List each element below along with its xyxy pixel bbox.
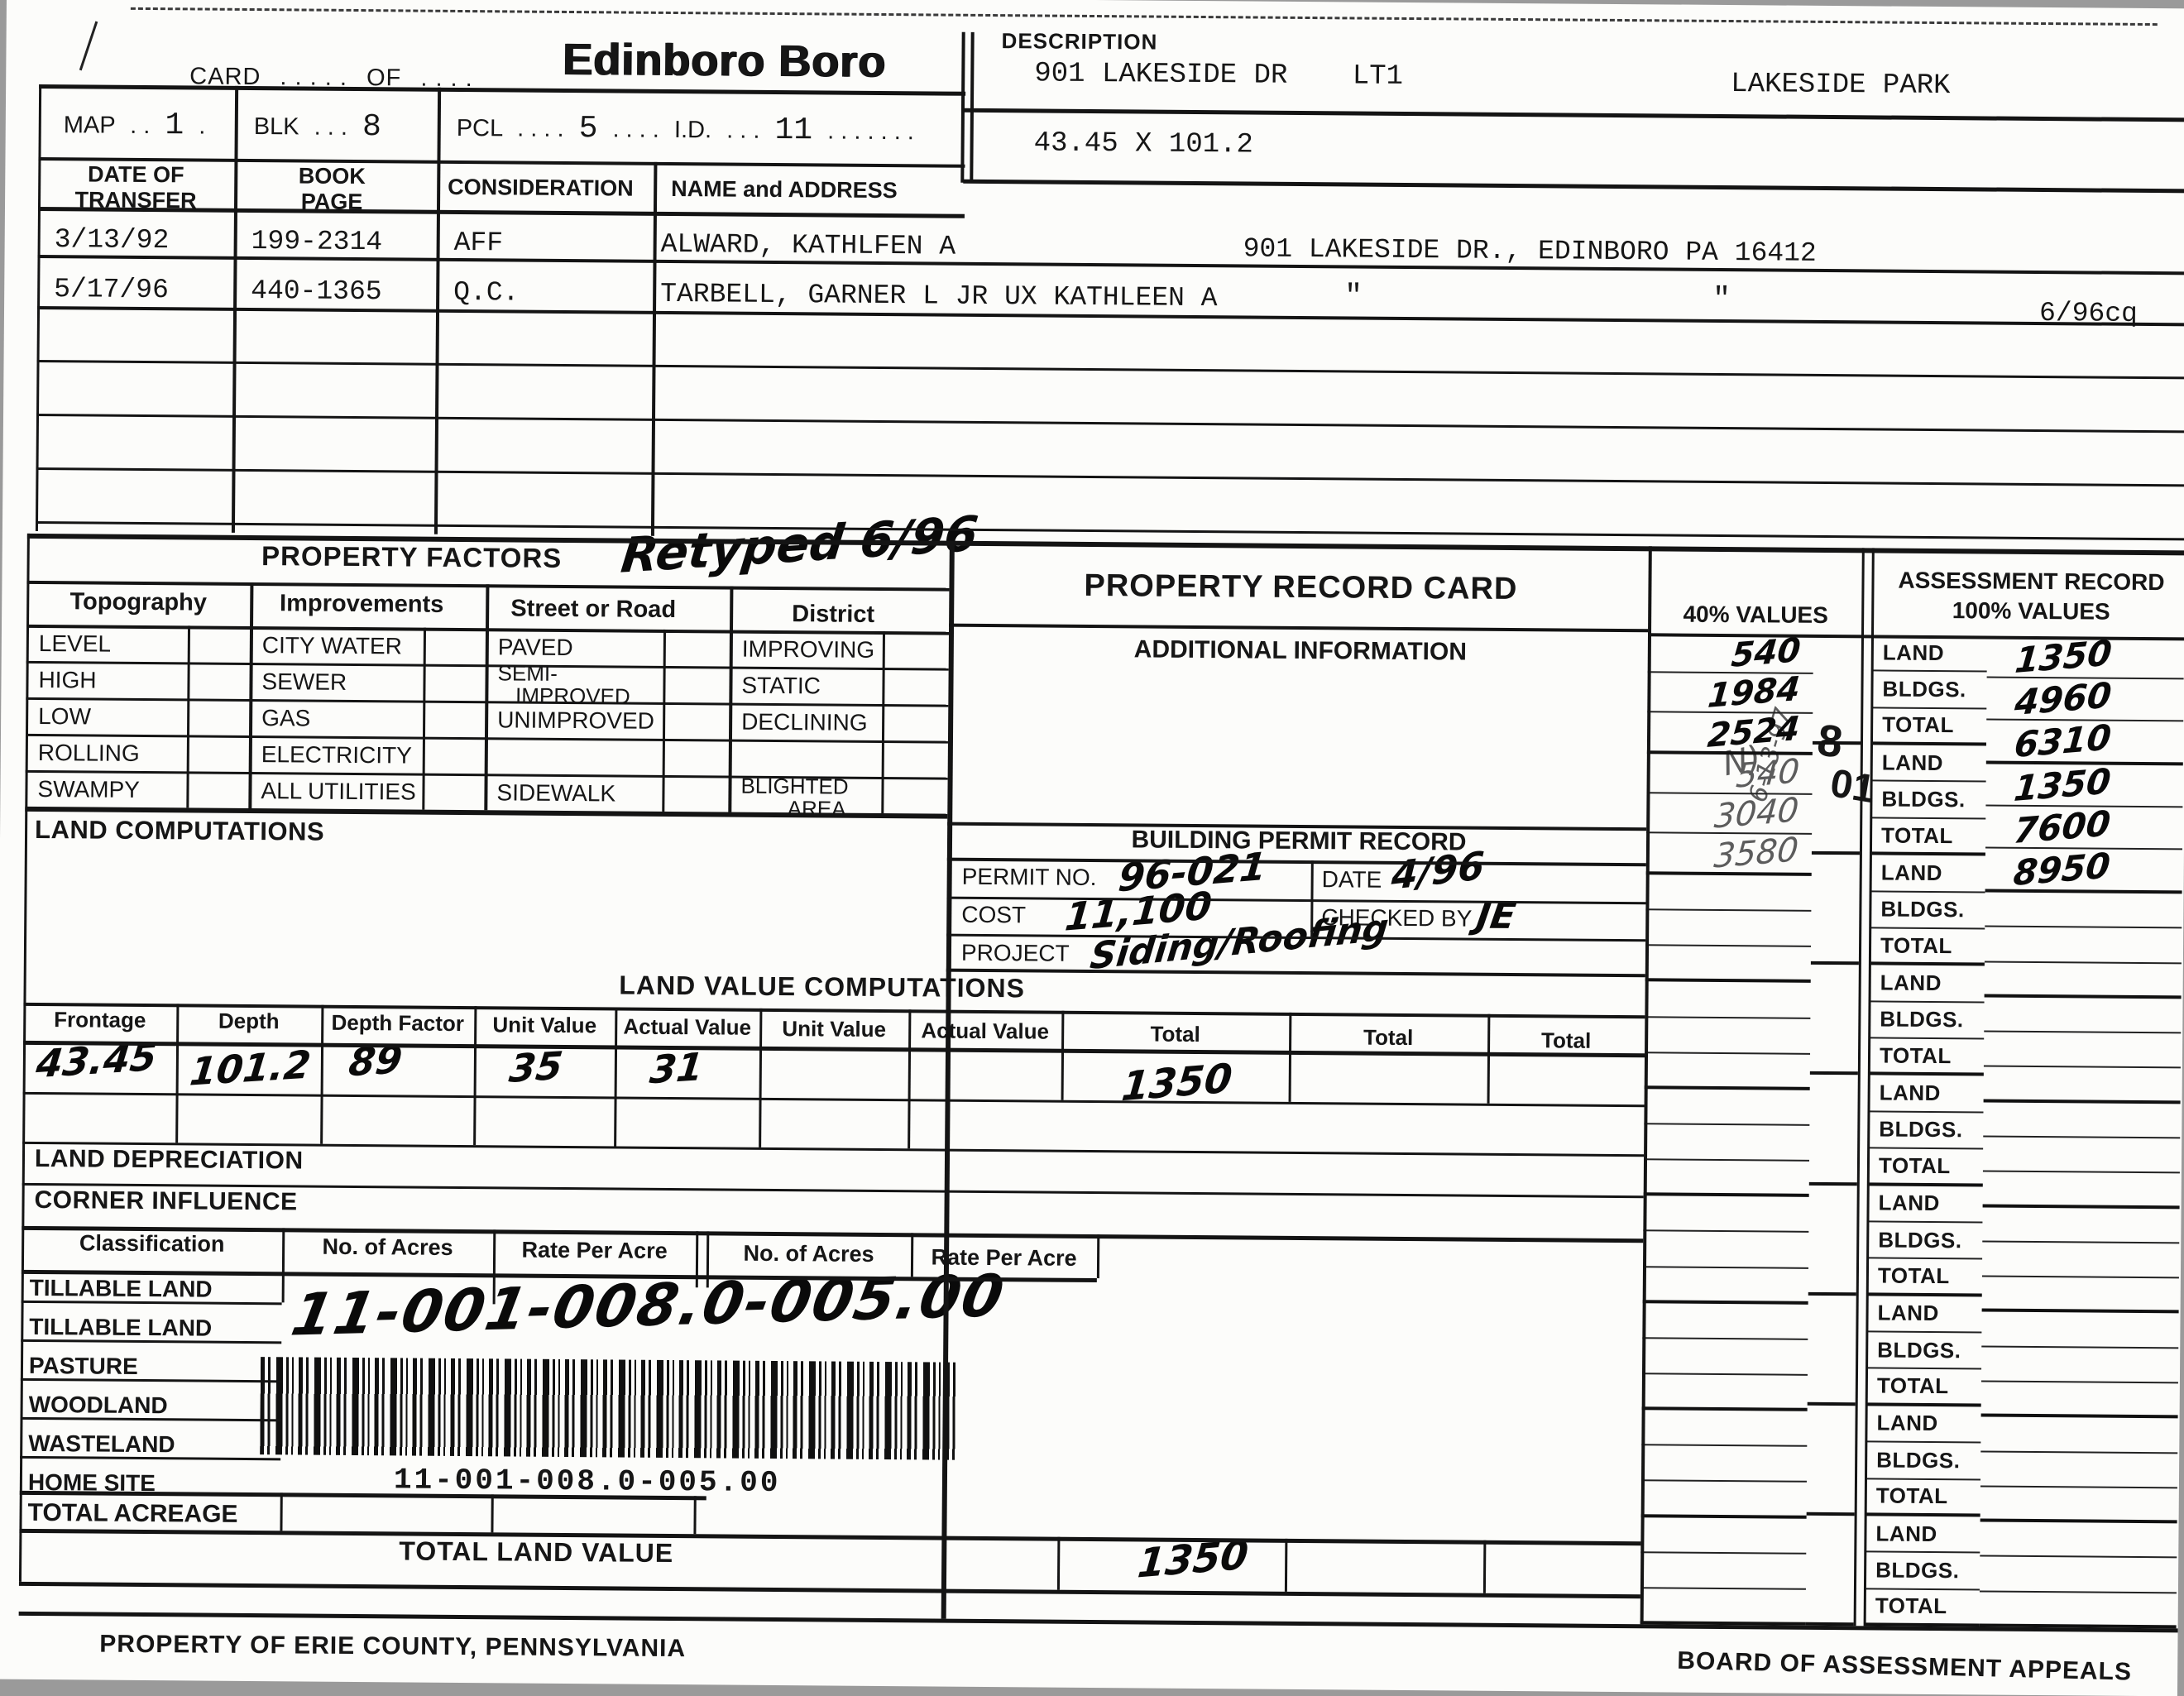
- pen-mark: [79, 22, 98, 71]
- land-depreciation-label: LAND DEPRECIATION: [35, 1145, 304, 1175]
- rule-horizontal: [20, 1456, 280, 1460]
- unit-value-header: Unit Value: [759, 1017, 908, 1042]
- scan-edge-dashes: [131, 7, 2158, 26]
- factor-swampy: SWAMPY: [37, 777, 140, 803]
- rule-vertical: [248, 582, 253, 808]
- factor-city-water: CITY WATER: [262, 633, 402, 659]
- rule-vertical: [19, 534, 30, 1582]
- forty-value-handwriting: 2524: [1706, 710, 1801, 755]
- rule-vertical: [1097, 1234, 1099, 1278]
- rule-horizontal: [37, 360, 2184, 379]
- assessment-row-label: BLDGS.: [1866, 1443, 1980, 1480]
- pcl-id-field: PCL . . . . 5 . . . . I.D. . . . 11 . . …: [457, 111, 914, 149]
- cost-label: COST: [961, 903, 1026, 928]
- description-label: DESCRIPTION: [1002, 29, 1158, 54]
- gap-column-cell: [1809, 1075, 1858, 1186]
- assessment-value-column: 135049606310135076008950: [1980, 635, 2184, 1628]
- rule-vertical: [1289, 1013, 1292, 1102]
- map-value: 1: [165, 108, 184, 143]
- assessment-row-value: [1984, 1032, 2181, 1069]
- total-header: Total: [1061, 1022, 1289, 1047]
- forty-values-cell: [1642, 1303, 1808, 1340]
- rule-horizontal: [23, 1092, 1645, 1107]
- assessment-row-label: BLDGS.: [1868, 1222, 1982, 1259]
- rule-vertical: [175, 1004, 179, 1143]
- assessment-row-label: TOTAL: [1870, 1038, 1984, 1076]
- rule-vertical: [728, 587, 733, 812]
- assessment-row-value: 6310: [1986, 720, 2183, 765]
- rule-vertical: [881, 631, 885, 813]
- rule-horizontal: [19, 1582, 1640, 1598]
- pcl-value: 5: [578, 111, 597, 146]
- rule-horizontal: [963, 180, 2184, 194]
- no-of-acres-header: No. of Acres: [706, 1241, 911, 1267]
- rule-horizontal: [38, 255, 2184, 275]
- forty-values-cell: [1643, 1267, 1808, 1305]
- assessment-row-label: LAND: [1866, 1406, 1980, 1443]
- assessment-value-handwriting: 6310: [2013, 716, 2113, 765]
- gap-column-cell: [1811, 855, 1860, 965]
- assessment-row-value: [1980, 1592, 2177, 1628]
- forty-values-cell: [1640, 1553, 1806, 1590]
- rule-vertical: [1487, 1014, 1491, 1104]
- gap-column-cell: [1808, 1295, 1856, 1406]
- additional-information-label: ADDITIONAL INFORMATION: [953, 635, 1648, 668]
- transfer-grantee-name: TARBELL, GARNER L JR UX KATHLEEN A: [660, 280, 1218, 314]
- lot-dimensions: 43.45 X 101.2: [1033, 128, 1253, 160]
- forty-values-cell: [1642, 1374, 1808, 1411]
- transfer-grantee-name: ALWARD, KATHLFEN A: [661, 230, 956, 262]
- blk-field: BLK . . . 8: [254, 109, 381, 145]
- permit-no-label: PERMIT NO.: [962, 865, 1097, 891]
- assessment-row-value: [1985, 962, 2182, 999]
- forty-values-cell: [1644, 1124, 1809, 1162]
- forty-values-cell: [1643, 1232, 1808, 1269]
- transfer-date: 5/17/96: [54, 275, 169, 305]
- subdivision-name: LAKESIDE PARK: [1731, 69, 1951, 102]
- class-wasteland: WASTELAND: [28, 1431, 175, 1458]
- forty-value-handwriting: 540: [1734, 752, 1801, 796]
- factor-sewer: SEWER: [261, 669, 347, 696]
- gap-column-cell: [1812, 745, 1861, 855]
- id-label: I.D.: [674, 117, 711, 143]
- factor-electricity: ELECTRICITY: [261, 742, 412, 769]
- rule-horizontal: [21, 1339, 281, 1344]
- permit-date-handwriting: 4/96: [1391, 845, 1486, 898]
- assessment-row-label: TOTAL: [1867, 1369, 1981, 1406]
- actual-value-handwriting: 31: [648, 1046, 706, 1091]
- map-label: MAP: [64, 112, 116, 138]
- assessment-row-label: TOTAL: [1865, 1589, 1980, 1627]
- assessment-row-value: [1982, 1242, 2179, 1278]
- assessment-row-value: [1982, 1277, 2179, 1314]
- dot-leader: . .: [130, 113, 150, 139]
- assessment-row-label: BLDGS.: [1871, 782, 1985, 819]
- assessment-row-label: LAND: [1871, 855, 1985, 893]
- rule-vertical: [1285, 1539, 1288, 1592]
- forty-values-cell: 1984: [1647, 673, 1813, 714]
- property-record-card-title: PROPERTY RECORD CARD: [953, 568, 1648, 608]
- transfer-consideration: Q.C.: [453, 278, 520, 309]
- total-acreage-label: TOTAL ACREAGE: [27, 1499, 237, 1528]
- actual-value-header: Actual Value: [615, 1014, 759, 1039]
- forty-values-cell: [1644, 1160, 1809, 1197]
- rule-horizontal: [964, 108, 2184, 122]
- map-field: MAP . . 1 .: [64, 108, 206, 143]
- assessment-row-label: TOTAL: [1868, 1259, 1982, 1296]
- lot-number: LT1: [1353, 60, 1404, 92]
- forty-value-handwriting: 3580: [1712, 831, 1800, 876]
- forty-values-cell: 3040: [1646, 793, 1812, 835]
- assessment-row-value: [1981, 1382, 2178, 1418]
- assessment-row-value: [1980, 1522, 2177, 1559]
- forty-values-cell: [1645, 1018, 1810, 1055]
- rule-horizontal: [20, 1417, 280, 1421]
- class-tillable-land: TILLABLE LAND: [30, 1276, 213, 1303]
- forty-values-cell: [1640, 1588, 1806, 1626]
- assessment-row-value: [1980, 1557, 2177, 1593]
- rule-vertical: [651, 162, 658, 536]
- rule-vertical: [696, 1231, 699, 1287]
- parcel-barcode: [260, 1357, 960, 1460]
- factor-sidewalk: SIDEWALK: [496, 780, 615, 807]
- assessment-value-handwriting: 7600: [2012, 802, 2112, 851]
- dot-leader: . . . . . . .: [827, 117, 914, 145]
- assessment-row-label: LAND: [1868, 1186, 1982, 1223]
- blk-label: BLK: [254, 113, 299, 140]
- forty-value-handwriting: 1984: [1706, 670, 1801, 716]
- assessment-row-label: LAND: [1873, 635, 1987, 672]
- factor-improving: IMPROVING: [742, 637, 874, 664]
- rule-vertical: [473, 1006, 477, 1145]
- transfer-date: 3/13/92: [55, 225, 170, 256]
- rule-vertical: [911, 1233, 913, 1277]
- assessment-row-value: [1982, 1207, 2179, 1243]
- dot-leader: .: [199, 113, 205, 139]
- forty-gap-column: [1806, 635, 1861, 1626]
- footer-board-of-assessment: BOARD OF ASSESSMENT APPEALS: [1677, 1647, 2133, 1686]
- frontage-header: Frontage: [23, 1008, 176, 1032]
- rule-horizontal: [21, 1378, 281, 1382]
- dot-leader: . . .: [726, 117, 760, 144]
- assessment-label-column: LANDBLDGS.TOTALLANDBLDGS.TOTALLANDBLDGS.…: [1865, 635, 1987, 1627]
- assessment-row-label: BLDGS.: [1870, 1002, 1984, 1039]
- forty-values-cell: [1643, 1196, 1808, 1234]
- rule-vertical: [422, 628, 426, 810]
- assessment-row-value: [1983, 1102, 2180, 1138]
- assessment-row-label: TOTAL: [1871, 818, 1985, 855]
- permit-date-label: DATE: [1322, 867, 1382, 893]
- district-header: District: [759, 601, 908, 629]
- assessment-value-handwriting: 8950: [2012, 845, 2112, 894]
- forty-values-cell: [1645, 1053, 1810, 1090]
- factor-declining: DECLINING: [741, 710, 868, 736]
- rule-horizontal: [36, 467, 2184, 486]
- forty-values-cell: [1645, 946, 1811, 984]
- depth-factor-header: Depth Factor: [321, 1011, 474, 1036]
- unit-value-handwriting: 35: [507, 1045, 565, 1090]
- assessment-row-value: 1350: [1985, 764, 2182, 807]
- actual-value-header: Actual Value: [908, 1018, 1061, 1043]
- factor-low: LOW: [38, 704, 91, 730]
- factor-gas: GAS: [261, 706, 310, 731]
- transfer-address: 901 LAKESIDE DR., EDINBORO PA 16412: [1243, 234, 1817, 269]
- rule-horizontal: [946, 897, 1645, 905]
- forty-value-handwriting: 3040: [1712, 791, 1800, 836]
- no-of-acres-header: No. of Acres: [282, 1234, 493, 1261]
- street-or-road-header: Street or Road: [498, 596, 688, 624]
- rule-vertical: [960, 32, 965, 183]
- dot-leader: . . .: [314, 114, 348, 141]
- factor-high: HIGH: [38, 668, 96, 693]
- ditto-mark: ": [1344, 280, 1363, 313]
- transfer-book-page: 440-1365: [251, 276, 382, 308]
- assessment-row-label: BLDGS.: [1870, 892, 1985, 929]
- factor-unimproved: UNIMPROVED: [497, 707, 654, 734]
- rule-vertical: [970, 32, 974, 183]
- assessment-row-label: LAND: [1867, 1296, 1981, 1333]
- book-page-header: BOOK PAGE: [245, 163, 419, 216]
- assessment-row-label: BLDGS.: [1869, 1112, 1983, 1149]
- factor-paved: PAVED: [498, 635, 573, 661]
- id-value: 11: [774, 113, 812, 148]
- pcl-label: PCL: [457, 115, 503, 141]
- assessment-record-header: ASSESSMENT RECORD 100% VALUES: [1878, 565, 2184, 628]
- assessment-row-value: 8950: [1985, 848, 2182, 894]
- assessment-row-label: BLDGS.: [1865, 1553, 1980, 1590]
- assessment-value-handwriting: 4960: [2013, 674, 2113, 723]
- forty-values-cell: [1640, 1517, 1806, 1555]
- rule-horizontal: [22, 1301, 282, 1305]
- forty-values-cell: [1641, 1446, 1807, 1483]
- forty-percent-values-header: 40% VALUES: [1648, 601, 1863, 629]
- class-pasture: PASTURE: [29, 1353, 138, 1380]
- topography-header: Topography: [51, 589, 225, 617]
- forty-values-cell: [1642, 1339, 1808, 1376]
- depth-header: Depth: [176, 1008, 321, 1033]
- rule-vertical: [1483, 1540, 1487, 1593]
- forty-values-cell: [1641, 1410, 1807, 1447]
- assessment-row-label: LAND: [1872, 745, 1986, 783]
- assessment-row-label: LAND: [1865, 1516, 1980, 1553]
- rule-vertical: [320, 1005, 323, 1144]
- assessment-row-label: TOTAL: [1866, 1479, 1980, 1516]
- rule-horizontal: [36, 414, 2184, 433]
- total-header: Total: [1289, 1025, 1487, 1050]
- land-computations-label: LAND COMPUTATIONS: [35, 816, 324, 846]
- forty-values-cell: 3580: [1646, 833, 1812, 876]
- property-address: 901 LAKESIDE DR LT1: [1034, 59, 1403, 93]
- assessment-row-value: 4960: [1986, 678, 2183, 721]
- factor-rolling: ROLLING: [38, 740, 140, 767]
- forty-values-cell: [1644, 1089, 1809, 1126]
- rule-vertical: [1061, 1011, 1065, 1100]
- municipality-title: Edinboro Boro: [562, 36, 885, 87]
- forty-values-cell: [1645, 982, 1810, 1019]
- rule-vertical: [186, 625, 190, 807]
- assessment-row-value: [1980, 1417, 2177, 1454]
- rule-vertical: [282, 1228, 285, 1302]
- class-woodland: WOODLAND: [29, 1392, 168, 1419]
- assessment-row-label: BLDGS.: [1867, 1332, 1981, 1369]
- footer-county-ownership: PROPERTY OF ERIE COUNTY, PENNSYLVANIA: [99, 1631, 686, 1663]
- forty-values-cell: 2524: [1647, 712, 1813, 755]
- forty-value-handwriting: 540: [1729, 631, 1802, 675]
- transfer-consideration: AFF: [454, 228, 504, 259]
- depth-handwriting: 101.2: [188, 1043, 313, 1093]
- assessment-row-value: [1981, 1347, 2178, 1383]
- forty-values-cell: [1645, 910, 1811, 947]
- property-record-card-scan: CARD . . . . . OF . . . . Edinboro Boro …: [0, 0, 2184, 1696]
- street-address: 901 LAKESIDE DR: [1034, 58, 1287, 91]
- gap-column-cell: [1813, 635, 1861, 745]
- date-of-transfer-header: DATE OF TRANSFER: [53, 161, 218, 214]
- assessment-row-value: [1985, 927, 2182, 964]
- rule-vertical: [491, 1494, 493, 1532]
- assessment-row-label: BLDGS.: [1872, 672, 1986, 709]
- transfer-book-page: 199-2314: [251, 227, 383, 258]
- gap-column-cell: [1806, 1516, 1855, 1627]
- class-tillable-land: TILLABLE LAND: [29, 1315, 212, 1342]
- assessment-row-value: [1985, 892, 2182, 928]
- total-header: Total: [1487, 1028, 1645, 1053]
- gap-column-cell: [1807, 1406, 1856, 1516]
- assessment-row-value: 1350: [1987, 635, 2184, 679]
- assessment-value-handwriting: 1350: [2012, 760, 2112, 809]
- ditto-mark: ": [1712, 283, 1731, 316]
- rule-vertical: [706, 1231, 710, 1287]
- name-address-header: NAME and ADDRESS: [671, 177, 898, 204]
- forty-values-grid: 5401984252454030403580: [1640, 633, 1813, 1626]
- unit-value-header: Unit Value: [474, 1013, 615, 1037]
- factor-all-utilities: ALL UTILITIES: [261, 779, 415, 805]
- rule-vertical: [693, 1496, 696, 1534]
- assessment-row-value: [1983, 1172, 2180, 1209]
- rule-vertical: [280, 1492, 282, 1531]
- dot-leader: . . . .: [612, 116, 659, 142]
- assessment-row-value: [1980, 1452, 2177, 1488]
- assessment-row-value: [1981, 1312, 2178, 1349]
- classification-header: Classification: [22, 1231, 282, 1258]
- assessment-row-value: 7600: [1985, 806, 2182, 850]
- project-label: PROJECT: [961, 941, 1070, 967]
- rule-vertical: [614, 1007, 617, 1146]
- assessment-row-value: [1984, 1067, 2181, 1104]
- factor-level: LEVEL: [39, 631, 111, 657]
- assessment-row-label: TOTAL: [1869, 1149, 1983, 1186]
- blk-value: 8: [362, 109, 381, 145]
- improvements-header: Improvements: [266, 591, 457, 619]
- assessment-row-value: [1983, 1137, 2180, 1173]
- forty-values-cell: [1645, 874, 1811, 912]
- dot-leader: . . . .: [517, 116, 564, 142]
- corner-influence-label: CORNER INFLUENCE: [34, 1186, 297, 1215]
- consideration-header: CONSIDERATION: [448, 175, 634, 201]
- assessment-row-label: LAND: [1869, 1076, 1983, 1113]
- assessment-row-label: TOTAL: [1872, 708, 1986, 745]
- gap-column-cell: [1810, 965, 1859, 1076]
- forty-values-cell: [1641, 1482, 1807, 1519]
- assessment-row-label: TOTAL: [1870, 928, 1985, 965]
- assessment-row-value: [1980, 1487, 2177, 1523]
- rule-vertical: [1057, 1537, 1061, 1590]
- rule-vertical: [484, 584, 489, 810]
- rule-horizontal: [949, 624, 1648, 633]
- rule-vertical: [759, 1008, 762, 1147]
- factor-static: STATIC: [741, 673, 821, 700]
- forty-values-cell: 540: [1648, 633, 1813, 674]
- gap-column-cell: [1808, 1185, 1857, 1296]
- rate-per-acre-header: Rate Per Acre: [493, 1238, 696, 1264]
- rule-vertical: [662, 630, 666, 812]
- forty-values-cell: 540: [1646, 754, 1812, 795]
- assessment-row-value: [1984, 997, 2181, 1033]
- rule-vertical: [908, 1009, 911, 1148]
- assessment-row-label: LAND: [1870, 965, 1985, 1003]
